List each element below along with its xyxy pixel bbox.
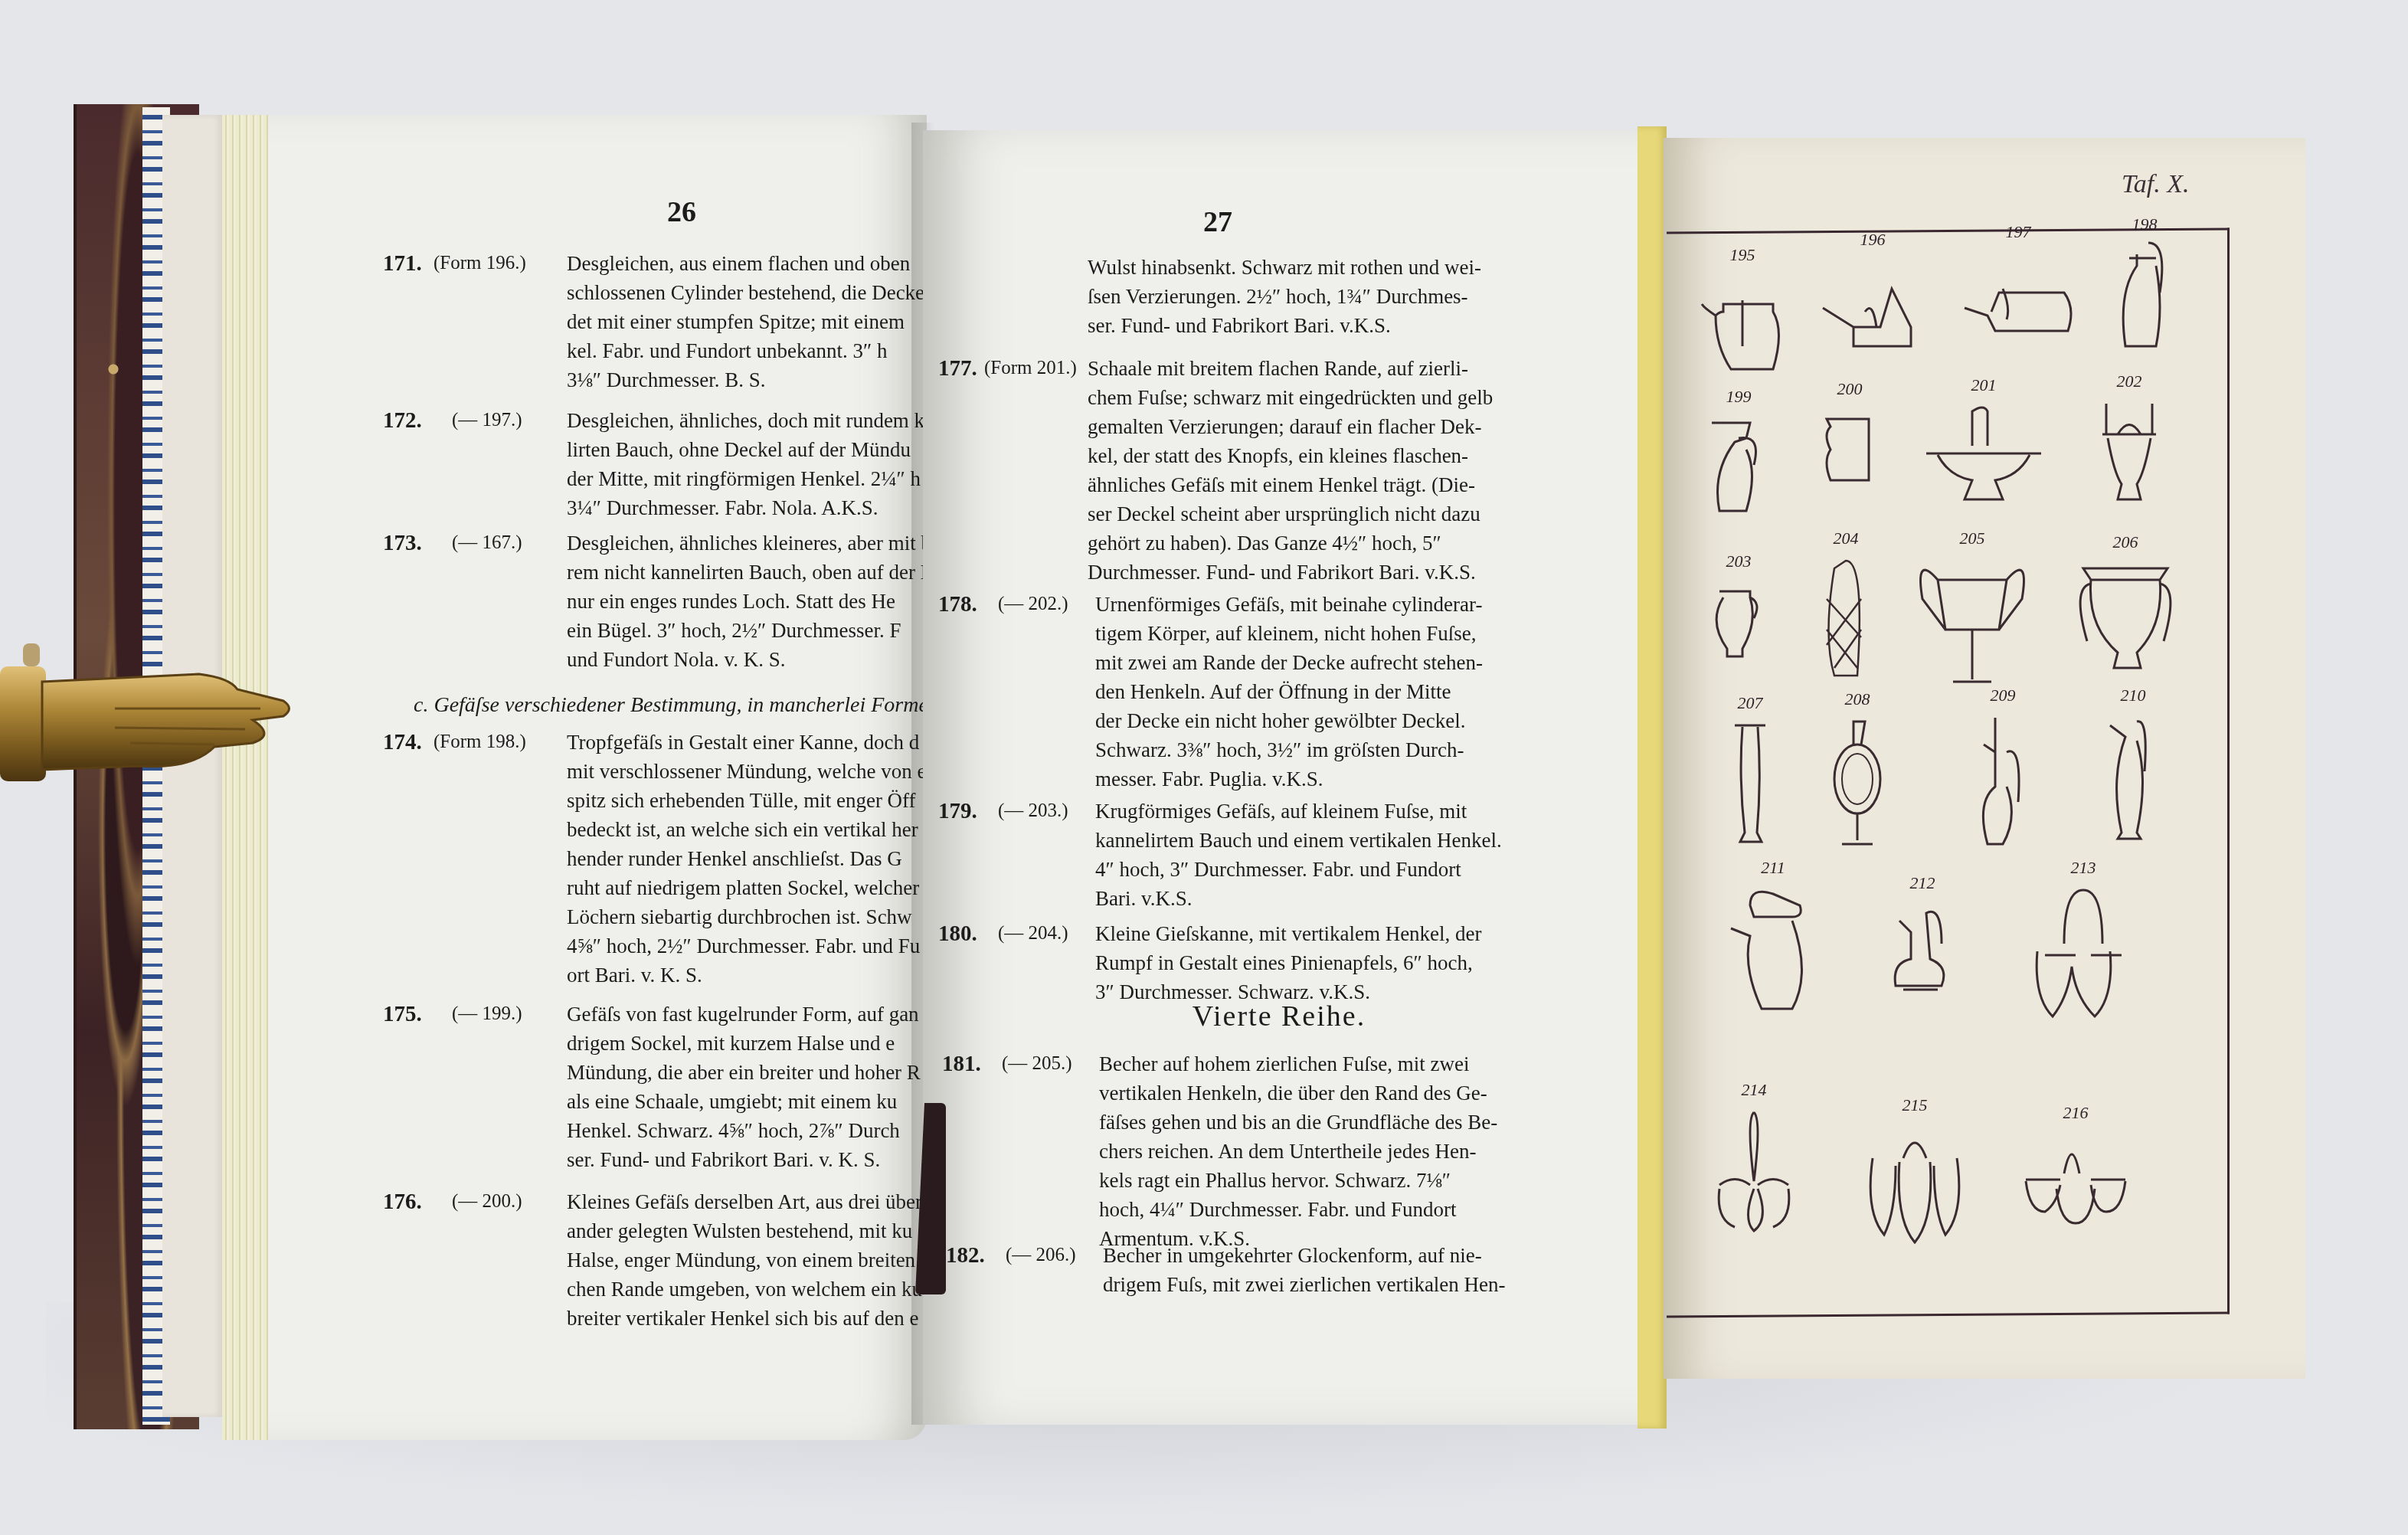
page-edges-yellow — [1638, 126, 1667, 1429]
figure-214: 214 — [1700, 1080, 1808, 1235]
section-heading-c: c. Gefäſse verschiedener Bestimmung, in … — [414, 693, 944, 718]
text-line: bedeckt ist, an welche sich ein vertikal… — [567, 815, 926, 844]
beaked-jug-icon — [1972, 710, 2033, 856]
text-line: drigem Sockel, mit kurzem Halse und e — [567, 1029, 921, 1058]
handled-pitcher-icon — [1719, 882, 1827, 1020]
text-line: Durchmesser. Fund- und Fabrikort Bari. v… — [1088, 558, 1493, 587]
text-line: nur ein enges rundes Loch. Statt des He — [567, 587, 935, 616]
entry-173: 173. (— 167.) Desgleichen, ähnliches kle… — [383, 529, 934, 682]
text-line: 4″ hoch, 3″ Durchmesser. Fabr. und Fundo… — [1095, 855, 1502, 884]
text-line: Mündung, die aber ein breiter und hoher … — [567, 1058, 921, 1087]
figure-196: 196 — [1815, 230, 1930, 369]
oinochoe-tall-icon — [2102, 710, 2164, 848]
figure-number: 197 — [1961, 222, 2076, 242]
entry-176-continuation: Wulst hinabsenkt. Schwarz mit rothen und… — [1088, 253, 1624, 345]
figure-number: 207 — [1716, 693, 1785, 713]
text-line: breiter vertikaler Henkel sich bis auf d… — [567, 1304, 922, 1333]
text-line: rem nicht kannelirten Bauch, oben auf de… — [567, 558, 935, 587]
figure-211: 211 — [1716, 858, 1831, 1020]
figure-197: 197 — [1961, 222, 2076, 362]
entry-number: 182. — [946, 1241, 985, 1270]
text-line: Desgleichen, aus einem flachen und oben — [567, 249, 924, 278]
figure-number: 202 — [2083, 371, 2175, 391]
figure-204: 204 — [1800, 529, 1892, 683]
figure-206: 206 — [2060, 532, 2190, 679]
entry-number: 175. — [383, 1000, 422, 1029]
figure-number: 195 — [1693, 245, 1792, 265]
entry-number: 179. — [938, 797, 977, 826]
text-line: Becher in umgekehrter Glockenform, auf n… — [1103, 1241, 1506, 1270]
text-line: ein Bügel. 3″ hoch, 2½″ Durchmesser. F — [567, 616, 935, 645]
spouted-jar-icon — [1700, 270, 1785, 385]
figure-number: 206 — [2060, 532, 2190, 552]
plate-title: Taf. X. — [2122, 170, 2190, 199]
figure-number: 200 — [1808, 379, 1892, 399]
text-line: Halse, enger Mündung, von einem breiten — [567, 1245, 922, 1275]
entry-171: 171. (Form 196.) Desgleichen, aus einem … — [383, 249, 934, 402]
text-line: chem Fuſse; schwarz mit eingedrückten un… — [1088, 383, 1493, 412]
entry-number: 181. — [942, 1049, 981, 1078]
text-line: chen Rande umgeben, von welchem ein ku — [567, 1275, 922, 1304]
text-line: drigem Fuſs, mit zwei zierlichen vertika… — [1103, 1270, 1506, 1299]
page-number-left: 26 — [628, 195, 735, 229]
text-line: kel. Fabr. und Fundort unbekannt. 3″ h — [567, 336, 924, 365]
figure-208: 208 — [1815, 689, 1899, 852]
figure-200: 200 — [1808, 379, 1892, 488]
text-line: Desgleichen, ähnliches, doch mit rundem … — [567, 406, 934, 435]
text-line: mit verschlossener Mündung, welche von e — [567, 757, 926, 786]
figure-number: 205 — [1907, 529, 2037, 548]
text-line: kel, der statt des Knopfs, ein kleines f… — [1088, 441, 1493, 470]
oinochoe-icon — [1704, 411, 1773, 519]
kantharos-icon — [1911, 553, 2033, 691]
text-line: spitz sich erhebenden Tülle, mit enger Ö… — [567, 786, 926, 815]
figure-number: 201 — [1915, 375, 2053, 395]
form-ref: (— 204.) — [998, 919, 1068, 948]
figure-205: 205 — [1907, 529, 2037, 691]
text-line: chers reichen. An dem Untertheile jedes … — [1099, 1137, 1497, 1166]
text-line: Kleines Gefäſs derselben Art, aus drei ü… — [567, 1187, 922, 1216]
text-line: 3¼″ Durchmesser. Fabr. Nola. A.K.S. — [567, 493, 934, 522]
entry-181: 181. (— 205.) Becher auf hohem zierliche… — [942, 1049, 1631, 1264]
figure-207: 207 — [1716, 693, 1785, 848]
text-line: fäſses gehen und bis an die Grundfläche … — [1099, 1108, 1497, 1137]
figure-209: 209 — [1961, 686, 2045, 856]
form-ref: (Form 198.) — [434, 728, 526, 757]
text-line: Desgleichen, ähnliches kleineres, aber m… — [567, 529, 935, 558]
text-line: Rumpf in Gestalt eines Pinienapfels, 6″ … — [1095, 948, 1482, 977]
figure-number: 215 — [1853, 1095, 1976, 1115]
text-line: der Mitte, mit ringförmigen Henkel. 2¼″ … — [567, 464, 934, 493]
entry-176: 176. (— 200.) Kleines Gefäſs derselben A… — [383, 1187, 934, 1340]
form-ref: (— 202.) — [998, 590, 1068, 619]
figure-number: 213 — [2014, 858, 2152, 878]
figure-212: 212 — [1876, 873, 1968, 1005]
entry-number: 180. — [938, 919, 977, 948]
askos-icon — [1961, 247, 2076, 362]
squat-jug-icon — [1884, 898, 1961, 1005]
text-line: ser Deckel scheint aber ursprünglich nic… — [1088, 499, 1493, 529]
entry-number: 172. — [383, 406, 422, 435]
hand-clip-icon — [0, 636, 291, 812]
entry-182: 182. (— 206.) Becher in umgekehrter Gloc… — [946, 1241, 1635, 1302]
figure-199: 199 — [1693, 387, 1785, 519]
text-line: kels ragt ein Phallus hervor. Schwarz. 7… — [1099, 1166, 1497, 1195]
entry-number: 173. — [383, 529, 422, 558]
figure-number: 211 — [1716, 858, 1831, 878]
figure-203: 203 — [1693, 551, 1785, 660]
figure-number: 198 — [2099, 214, 2190, 234]
text-line: ort Bari. v. K. S. — [567, 961, 926, 990]
figure-198: 198 — [2099, 214, 2190, 354]
entry-175: 175. (— 199.) Gefäſs von fast kugelrunde… — [383, 1000, 934, 1183]
figure-number: 214 — [1700, 1080, 1808, 1100]
text-line: hender runder Henkel anschlieſst. Das G — [567, 844, 926, 873]
text-line: Henkel. Schwarz. 4⅝″ hoch, 2⅞″ Durch — [567, 1116, 921, 1145]
urn-icon — [2091, 396, 2168, 511]
text-line: 3⅛″ Durchmesser. B. S. — [567, 365, 924, 394]
entry-number: 178. — [938, 590, 977, 619]
triple-bowl-icon — [2018, 1128, 2133, 1227]
entry-177: 177. (Form 201.) Schaale mit breitem fla… — [938, 354, 1628, 591]
text-line: ander gelegten Wulsten bestehend, mit ku — [567, 1216, 922, 1245]
text-line: Löchern siebartig durchbrochen ist. Schw — [567, 902, 926, 931]
text-line: schlossenen Cylinder bestehend, die Deck… — [567, 278, 924, 307]
text-line: gemalten Verzierungen; darauf ein flache… — [1088, 412, 1493, 441]
section-title-vierte-reihe: Vierte Reihe. — [1088, 1000, 1471, 1033]
figure-number: 203 — [1693, 551, 1785, 571]
entry-number: 177. — [938, 354, 977, 383]
text-line: det mit einer stumpfen Spitze; mit einem — [567, 307, 924, 336]
form-ref: (— 206.) — [1006, 1241, 1076, 1270]
text-line: tigem Körper, auf kleinem, nicht hohen F… — [1095, 619, 1483, 648]
brass-hand-page-clip[interactable] — [0, 636, 291, 812]
text-line: ruht auf niedrigem platten Sockel, welch… — [567, 873, 926, 902]
text-line: ähnliches Gefäſs mit einem Henkel trägt.… — [1088, 470, 1493, 499]
figure-number: 212 — [1876, 873, 1968, 893]
entry-172: 172. (— 197.) Desgleichen, ähnliches, do… — [383, 406, 934, 529]
form-ref: (— 203.) — [998, 797, 1068, 826]
text-line: Schaale mit breitem flachen Rande, auf z… — [1088, 354, 1493, 383]
text-line: Bari. v.K.S. — [1095, 884, 1502, 913]
text-line: mit zwei am Rande der Decke aufrecht ste… — [1095, 648, 1483, 677]
figure-202: 202 — [2083, 371, 2175, 511]
text-line: den Henkeln. Auf der Öffnung in der Mitt… — [1095, 677, 1483, 706]
text-line: ser. Fund- und Fabrikort Bari. v.K.S. — [1088, 311, 1481, 340]
figure-210: 210 — [2091, 686, 2175, 848]
text-line: der Decke ein nicht hoher gewölbter Deck… — [1095, 706, 1483, 735]
figure-215: 215 — [1853, 1095, 1976, 1250]
text-line: und Fundort Nola. v. K. S. — [567, 645, 935, 674]
spouted-vessel-icon — [1819, 254, 1926, 369]
entry-number: 176. — [383, 1187, 422, 1216]
figure-216: 216 — [2014, 1103, 2137, 1227]
text-line: Gefäſs von fast kugelrunder Form, auf ga… — [567, 1000, 921, 1029]
entry-number: 171. — [383, 249, 422, 278]
text-line: Wulst hinabsenkt. Schwarz mit rothen und… — [1088, 253, 1481, 282]
text-line: Becher auf hohem zierlichen Fuſse, mit z… — [1099, 1049, 1497, 1078]
form-ref: (— 205.) — [1002, 1049, 1072, 1078]
figure-number: 196 — [1815, 230, 1930, 250]
ring-flask-icon — [1827, 714, 1888, 852]
text-line: kannelirtem Bauch und einem vertikalen H… — [1095, 826, 1502, 855]
form-ref: (— 167.) — [452, 529, 522, 558]
text-line: ſsen Verzierungen. 2½″ hoch, 1¾″ Durchme… — [1088, 282, 1481, 311]
figure-number: 199 — [1693, 387, 1785, 407]
figure-213: 213 — [2014, 858, 2152, 1028]
text-line: lirten Bauch, ohne Deckel auf der Mündu — [567, 435, 934, 464]
lidded-bowl-icon — [1919, 400, 2049, 507]
text-line: Urnenförmiges Gefäſs, mit beinahe cylind… — [1095, 590, 1483, 619]
entry-178: 178. (— 202.) Urnenförmiges Gefäſs, mit … — [938, 590, 1628, 797]
figure-195: 195 — [1693, 245, 1792, 385]
figure-number: 209 — [1961, 686, 2045, 705]
entry-174: 174. (Form 198.) Tropfgefäſs in Gestalt … — [383, 728, 934, 996]
page-number-right: 27 — [1164, 205, 1271, 239]
stacked-vessel-icon — [1819, 404, 1880, 488]
small-jug-icon — [1708, 576, 1769, 660]
text-line: Kleine Gieſskanne, mit vertikalem Henkel… — [1095, 919, 1482, 948]
entry-179: 179. (— 203.) Krugförmiges Gefäſs, auf k… — [938, 797, 1628, 919]
double-vessel-icon — [2026, 882, 2141, 1028]
jug-icon — [2114, 239, 2175, 354]
figure-number: 216 — [2014, 1103, 2137, 1123]
text-line: Tropfgefäſs in Gestalt einer Kanne, doch… — [567, 728, 926, 757]
form-ref: (— 197.) — [452, 406, 522, 435]
figure-201: 201 — [1915, 375, 2053, 507]
form-ref: (Form 201.) — [984, 354, 1077, 383]
text-line: Schwarz. 3⅜″ hoch, 3½″ im gröſsten Durch… — [1095, 735, 1483, 764]
text-line: gehört zu haben). Das Ganze 4½″ hoch, 5″ — [1088, 529, 1493, 558]
figure-number: 204 — [1800, 529, 1892, 548]
text-line: ser. Fund- und Fabrikort Bari. v. K. S. — [567, 1145, 921, 1174]
figure-number: 208 — [1815, 689, 1899, 709]
form-ref: (Form 196.) — [434, 249, 526, 278]
entry-180: 180. (— 204.) Kleine Gieſskanne, mit ver… — [938, 919, 1628, 1011]
text-line: als eine Schaale, umgiebt; mit einem ku — [567, 1087, 921, 1116]
text-line: messer. Fabr. Puglia. v.K.S. — [1095, 764, 1483, 794]
alabastron-icon — [1731, 718, 1769, 848]
text-line: hoch, 4¼″ Durchmesser. Fabr. und Fundort — [1099, 1195, 1497, 1224]
entry-number: 174. — [383, 728, 422, 757]
text-line: 4⅝″ hoch, 2½″ Durchmesser. Fabr. und Fu — [567, 931, 926, 961]
pinecone-jug-icon — [1819, 553, 1873, 683]
text-line: vertikalen Henkeln, die über den Rand de… — [1099, 1078, 1497, 1108]
figure-number: 210 — [2091, 686, 2175, 705]
bell-krater-icon — [2068, 557, 2183, 679]
text-line: Krugförmiges Gefäſs, auf kleinem Fuſse, … — [1095, 797, 1502, 826]
triple-flask-icon — [1857, 1120, 1972, 1250]
cruet-set-icon — [1704, 1105, 1804, 1235]
form-ref: (— 200.) — [452, 1187, 522, 1216]
form-ref: (— 199.) — [452, 1000, 522, 1029]
